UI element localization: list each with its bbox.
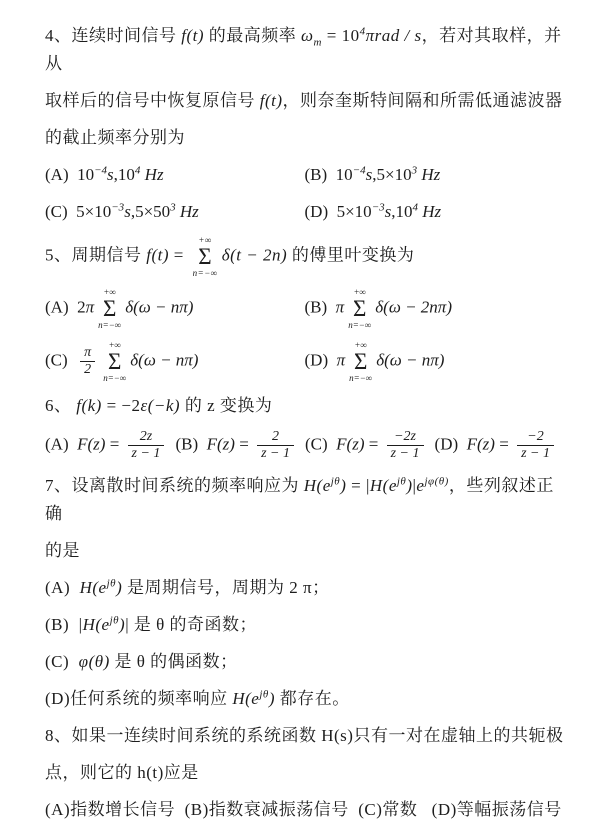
text: ,10 [114, 165, 135, 184]
question-6: 6、 f(k) = −2ε(−k) 的 z 变换为(A) F(z) = 2zz … [45, 392, 564, 462]
math-italic: ε(−k) [141, 396, 181, 415]
options-row: (A) 10−4s,104 Hz(B) 10−4s,5×103 Hz [45, 161, 564, 189]
summation-symbol: +∞Σn=−∞ [98, 287, 121, 330]
fraction-denominator: 2 [80, 361, 95, 378]
text: (D) 5×10 [305, 202, 372, 221]
option: (D) F(z) = −2z − 1 [435, 429, 558, 462]
fraction-denominator: z − 1 [517, 445, 554, 462]
text: 5、周期信号 [45, 246, 146, 265]
text: = 10 [322, 26, 360, 45]
text: 的是 [45, 541, 80, 560]
superscript: jθ [331, 475, 340, 487]
math-italic: H(e [304, 476, 331, 495]
text: = −2 [102, 396, 141, 415]
option: (B) F(z) = 2z − 1 [175, 429, 298, 462]
superscript: jθ [110, 614, 119, 626]
fraction-numerator: 2 [268, 429, 283, 445]
text: 7、设离散时间系统的频率响应为 [45, 476, 304, 495]
sigma-glyph: Σ [108, 351, 121, 373]
superscript: jθ [397, 475, 406, 487]
options-row: (A) F(z) = 2zz − 1(B) F(z) = 2z − 1(C) F… [45, 429, 564, 462]
sigma-glyph: Σ [353, 298, 366, 320]
question-line: 6、 f(k) = −2ε(−k) 的 z 变换为 [45, 392, 564, 420]
question-line: 7、设离散时间系统的频率响应为 H(ejθ) = |H(ejθ)|ejφ(θ)，… [45, 472, 564, 528]
option: (A) 10−4s,104 Hz [45, 161, 305, 189]
question-line: (D)任何系统的频率响应 H(ejθ) 都存在。 [45, 685, 564, 713]
text: (D) [305, 351, 337, 370]
fraction-numerator: π [80, 345, 95, 361]
math-italic: f(k) [76, 396, 102, 415]
text: (B) 10 [305, 165, 353, 184]
fraction: −2z − 1 [517, 429, 554, 462]
math-italic: s [107, 165, 114, 184]
math-italic: F(z) [336, 435, 364, 454]
text: 是周期信号，周期为 2 π； [122, 578, 329, 597]
question-line: (A)指数增长信号 (B)指数衰减振荡信号 (C)常数 (D)等幅振荡信号 [45, 796, 564, 824]
fraction-numerator: −2 [523, 429, 547, 445]
question-8: 8、如果一连续时间系统的系统函数 H(s)只有一对在虚轴上的共轭极点，则它的 h… [45, 722, 564, 824]
math-italic: Hz [417, 165, 440, 184]
math-italic: Hz [140, 165, 163, 184]
text: 的 z 变换为 [180, 396, 272, 415]
text: (A) [45, 578, 80, 597]
math-italic: ω [301, 26, 314, 45]
question-4: 4、连续时间信号 f(t) 的最高频率 ωm = 104πrad / s，若对其… [45, 22, 564, 226]
superscript: −3 [111, 201, 124, 213]
text: (C) 5×10 [45, 202, 111, 221]
summation-symbol: +∞Σn=−∞ [348, 287, 371, 330]
summation-symbol: +∞Σn=−∞ [349, 340, 372, 383]
option: (B) π+∞Σn=−∞δ(ω − 2nπ) [305, 287, 565, 330]
sigma-glyph: Σ [198, 246, 212, 268]
question-line: 的截止频率分别为 [45, 124, 564, 152]
fraction-denominator: z − 1 [128, 445, 165, 462]
fraction: −2zz − 1 [387, 429, 424, 462]
text: = [169, 246, 189, 265]
summation-lower-limit: n=−∞ [193, 268, 218, 279]
math-italic: f(t) [260, 91, 283, 110]
summation-symbol: +∞Σn=−∞ [103, 340, 126, 383]
math-italic: F(z) [77, 435, 105, 454]
math-italic: δ(ω − 2nπ) [375, 298, 452, 317]
math-italic: s [124, 202, 131, 221]
math-italic: H(e [83, 615, 110, 634]
exam-document-page: 4、连续时间信号 f(t) 的最高频率 ωm = 104πrad / s，若对其… [0, 0, 592, 833]
option: (A) 2π+∞Σn=−∞δ(ω − nπ) [45, 287, 305, 330]
question-5: 5、周期信号 f(t) = +∞Σn=−∞δ(t − 2n) 的傅里叶变换为(A… [45, 235, 564, 383]
summation-lower-limit: n=−∞ [103, 373, 126, 384]
text: (B) [305, 298, 336, 317]
question-line: (A) H(ejθ) 是周期信号，周期为 2 π； [45, 574, 564, 602]
option: (D) π+∞Σn=−∞δ(ω − nπ) [305, 340, 565, 383]
text: ，则奈奎斯特间隔和所需低通滤波器 [283, 91, 563, 110]
fraction-denominator: z − 1 [257, 445, 294, 462]
text: (C) [45, 351, 76, 370]
math-italic: F(z) [467, 435, 495, 454]
superscript: −4 [353, 164, 366, 176]
fraction-denominator: z − 1 [387, 445, 424, 462]
math-italic: π [336, 298, 345, 317]
fraction: 2zz − 1 [128, 429, 165, 462]
math-italic: f(t) [181, 26, 204, 45]
options-row: (C) 5×10−3s,5×503 Hz(D) 5×10−3s,104 Hz [45, 198, 564, 226]
fraction: 2z − 1 [257, 429, 294, 462]
text: (D)任何系统的频率响应 [45, 689, 232, 708]
question-line: 点，则它的 h(t)应是 [45, 759, 564, 787]
text: 都存在。 [275, 689, 350, 708]
summation-symbol: +∞Σn=−∞ [193, 235, 218, 278]
superscript: jθ [107, 577, 116, 589]
options-row: (A) 2π+∞Σn=−∞δ(ω − nπ)(B) π+∞Σn=−∞δ(ω − … [45, 287, 564, 330]
question-line: (B) |H(ejθ)| 是 θ 的奇函数； [45, 611, 564, 639]
math-italic: H(e [232, 689, 259, 708]
superscript: −3 [372, 201, 385, 213]
text: ,10 [391, 202, 412, 221]
math-italic: φ(θ) [79, 652, 110, 671]
math-italic: F(z) [207, 435, 235, 454]
summation-lower-limit: n=−∞ [349, 373, 372, 384]
text: ,5×50 [131, 202, 170, 221]
math-italic: δ(t − 2n) [222, 246, 287, 265]
exam-body: 4、连续时间信号 f(t) 的最高频率 ωm = 104πrad / s，若对其… [45, 22, 564, 824]
math-italic: Hz [176, 202, 199, 221]
math-italic: π [337, 351, 346, 370]
math-italic: f(t) [146, 246, 169, 265]
question-line: 8、如果一连续时间系统的系统函数 H(s)只有一对在虚轴上的共轭极 [45, 722, 564, 750]
text: = [495, 435, 513, 454]
option: (C) F(z) = −2zz − 1 [305, 429, 428, 462]
question-line: 取样后的信号中恢复原信号 f(t)，则奈奎斯特间隔和所需低通滤波器 [45, 87, 564, 115]
text: 的截止频率分别为 [45, 128, 185, 147]
options-row: (C) π2+∞Σn=−∞δ(ω − nπ)(D) π+∞Σn=−∞δ(ω − … [45, 340, 564, 383]
text: 4、连续时间信号 [45, 26, 181, 45]
option: (D) 5×10−3s,104 Hz [305, 198, 565, 226]
question-7: 7、设离散时间系统的频率响应为 H(ejθ) = |H(ejθ)|ejφ(θ)，… [45, 472, 564, 713]
text: (A) 10 [45, 165, 94, 184]
fraction: π2 [80, 345, 95, 378]
text: 的最高频率 [204, 26, 301, 45]
sigma-glyph: Σ [354, 351, 367, 373]
text: 取样后的信号中恢复原信号 [45, 91, 260, 110]
text: (B) [175, 435, 206, 454]
text: (A)指数增长信号 (B)指数衰减振荡信号 (C)常数 (D)等幅振荡信号 [45, 800, 562, 819]
math-italic: Hz [418, 202, 441, 221]
option: (C) π2+∞Σn=−∞δ(ω − nπ) [45, 340, 305, 383]
fraction-numerator: 2z [136, 429, 156, 445]
text: = [365, 435, 383, 454]
superscript: jφ(θ) [424, 475, 448, 487]
text: 的傅里叶变换为 [287, 246, 414, 265]
math-italic: π [86, 298, 95, 317]
text: 6、 [45, 396, 76, 415]
math-italic: δ(ω − nπ) [125, 298, 193, 317]
math-italic: δ(ω − nπ) [130, 351, 198, 370]
text: (B) | [45, 615, 83, 634]
question-line: 4、连续时间信号 f(t) 的最高频率 ωm = 104πrad / s，若对其… [45, 22, 564, 78]
text: (A) [45, 435, 77, 454]
option: (A) F(z) = 2zz − 1 [45, 429, 168, 462]
subscript: m [314, 36, 322, 48]
text: (A) 2 [45, 298, 86, 317]
math-italic: δ(ω − nπ) [376, 351, 444, 370]
question-line: (C) φ(θ) 是 θ 的偶函数； [45, 648, 564, 676]
text: (C) [45, 652, 79, 671]
superscript: −4 [94, 164, 107, 176]
sigma-glyph: Σ [103, 298, 116, 320]
text: (C) [305, 435, 336, 454]
text: (D) [435, 435, 467, 454]
text: 8、如果一连续时间系统的系统函数 H(s)只有一对在虚轴上的共轭极 [45, 726, 563, 745]
summation-lower-limit: n=−∞ [348, 320, 371, 331]
text: = [235, 435, 253, 454]
question-line: 的是 [45, 537, 564, 565]
option: (C) 5×10−3s,5×503 Hz [45, 198, 305, 226]
option: (B) 10−4s,5×103 Hz [305, 161, 565, 189]
math-italic: H(e [370, 476, 397, 495]
text: ,5×10 [372, 165, 411, 184]
superscript: jθ [259, 688, 268, 700]
text: 是 θ 的偶函数； [110, 652, 238, 671]
text: = | [346, 476, 370, 495]
math-italic: πrad / s [366, 26, 422, 45]
summation-lower-limit: n=−∞ [98, 320, 121, 331]
text: 是 θ 的奇函数； [129, 615, 257, 634]
text: 点，则它的 h(t)应是 [45, 763, 199, 782]
text: = [105, 435, 123, 454]
fraction-numerator: −2z [390, 429, 420, 445]
question-line: 5、周期信号 f(t) = +∞Σn=−∞δ(t − 2n) 的傅里叶变换为 [45, 235, 564, 278]
math-italic: H(e [80, 578, 107, 597]
